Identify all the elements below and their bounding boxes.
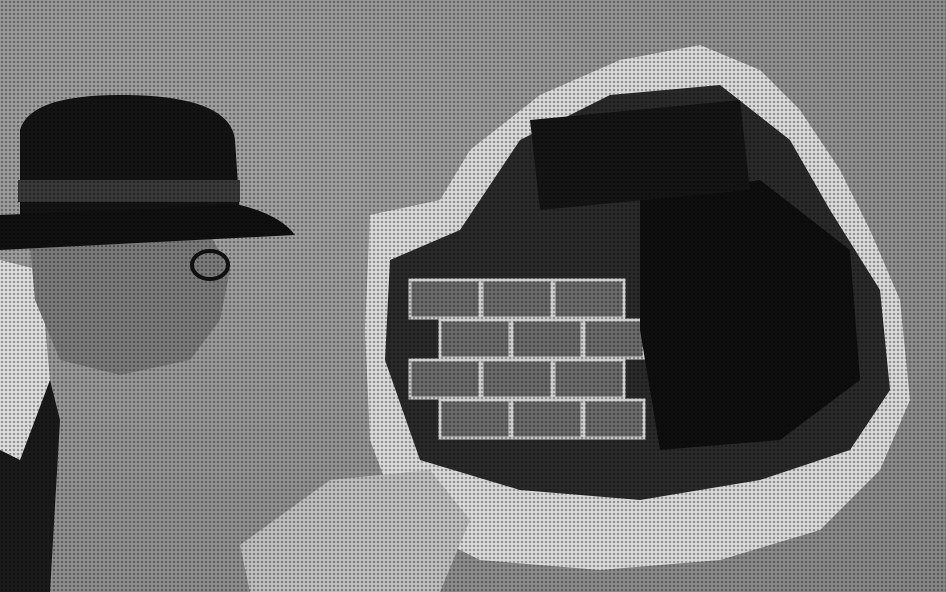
- exposed-bricks: [410, 280, 644, 438]
- newspaper-photo: [0, 0, 946, 592]
- man-hat: [20, 95, 240, 225]
- photo-scene: [0, 0, 946, 592]
